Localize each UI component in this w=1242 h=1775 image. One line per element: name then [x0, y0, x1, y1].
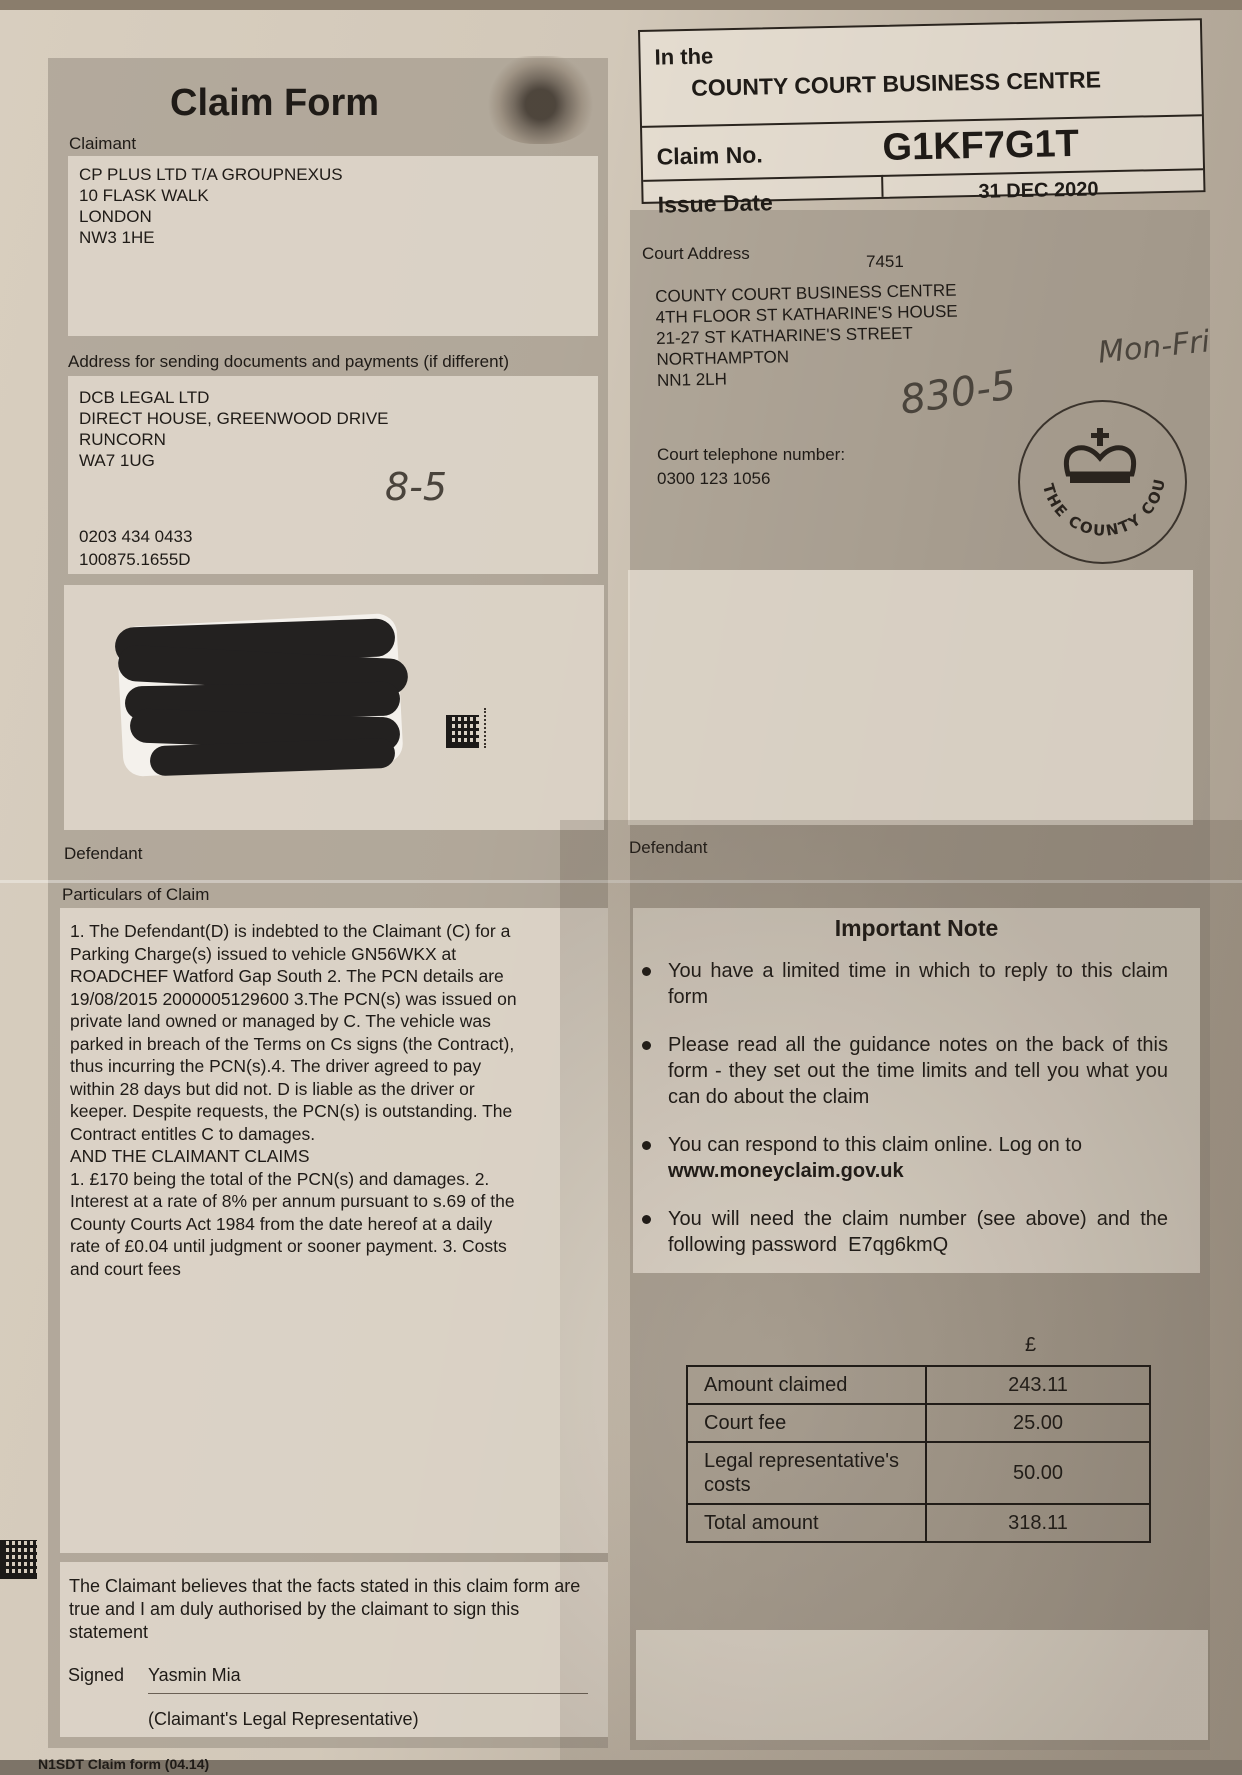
- service-address-label: Address for sending documents and paymen…: [68, 351, 509, 372]
- service-phone: 0203 434 0433: [79, 526, 192, 547]
- claimant-label: Claimant: [69, 133, 136, 154]
- table-row: Total amount 318.11: [687, 1504, 1150, 1542]
- service-address-line: RUNCORN: [79, 429, 389, 450]
- amount-label: Total amount: [687, 1504, 926, 1542]
- court-telephone: 0300 123 1056: [657, 468, 770, 489]
- moneyclaim-website-link[interactable]: www.moneyclaim.gov.uk: [668, 1160, 904, 1182]
- amount-value: 243.11: [926, 1366, 1150, 1404]
- claimant-line: CP PLUS LTD T/A GROUPNEXUS: [79, 164, 343, 185]
- county-court-stamp: THE COUNTY COURT: [1018, 400, 1187, 564]
- important-note-list: You have a limited time in which to repl…: [638, 958, 1168, 1280]
- defendant-address-box-right: [628, 570, 1193, 825]
- statement-of-truth-text: The Claimant believes that the facts sta…: [69, 1575, 599, 1644]
- court-address: COUNTY COURT BUSINESS CENTRE 4TH FLOOR S…: [655, 280, 959, 391]
- claimant-line: LONDON: [79, 206, 343, 227]
- signature-line: [148, 1693, 588, 1694]
- court-address-label: Court Address: [642, 243, 750, 264]
- royal-coat-of-arms-icon: [483, 56, 598, 144]
- amounts-table: Amount claimed 243.11 Court fee 25.00 Le…: [686, 1365, 1151, 1543]
- currency-symbol: £: [1025, 1334, 1036, 1357]
- important-note-item: You will need the claim number (see abov…: [638, 1206, 1168, 1258]
- in-the-label: In the: [654, 44, 713, 68]
- amount-value: 50.00: [926, 1442, 1150, 1504]
- claimant-line: NW3 1HE: [79, 227, 343, 248]
- amount-label: Amount claimed: [687, 1366, 926, 1404]
- court-telephone-label: Court telephone number:: [657, 444, 845, 465]
- court-name: COUNTY COURT BUSINESS CENTRE: [691, 66, 1101, 102]
- particulars-text: 1. The Defendant(D) is indebted to the C…: [70, 920, 520, 1280]
- table-row: Legal representative's costs 50.00: [687, 1442, 1150, 1504]
- particulars-heading-2: AND THE CLAIMANT CLAIMS: [70, 1145, 520, 1168]
- signatory-role: (Claimant's Legal Representative): [148, 1709, 419, 1730]
- signed-label: Signed: [68, 1665, 124, 1686]
- particulars-paragraph-2: 1. £170 being the total of the PCN(s) an…: [70, 1168, 520, 1281]
- paper-top-edge: [0, 0, 1242, 10]
- signature-box-right: [636, 1630, 1208, 1740]
- crown-icon: THE COUNTY COURT: [1020, 402, 1185, 562]
- margin-barcode-icon: [0, 1540, 37, 1579]
- claim-form-paper: Claim Form In the COUNTY COURT BUSINESS …: [0, 0, 1242, 1760]
- claim-no-label: Claim No.: [656, 141, 763, 170]
- stamp-text: THE COUNTY COURT: [1020, 402, 1169, 540]
- table-row: Amount claimed 243.11: [687, 1366, 1150, 1404]
- defendant-label-right: Defendant: [629, 837, 707, 858]
- service-address: DCB LEGAL LTD DIRECT HOUSE, GREENWOOD DR…: [79, 387, 389, 471]
- amount-label: Legal representative's costs: [687, 1442, 926, 1504]
- form-title: Claim Form: [170, 82, 379, 125]
- amount-value: 318.11: [926, 1504, 1150, 1542]
- particulars-paragraph-1: 1. The Defendant(D) is indebted to the C…: [70, 920, 520, 1145]
- court-header-box: In the COUNTY COURT BUSINESS CENTRE Clai…: [638, 18, 1206, 204]
- claimant-address: CP PLUS LTD T/A GROUPNEXUS 10 FLASK WALK…: [79, 164, 343, 248]
- court-address-code: 7451: [866, 251, 904, 272]
- particulars-label: Particulars of Claim: [62, 884, 209, 905]
- service-address-line: DCB LEGAL LTD: [79, 387, 389, 408]
- amount-label: Court fee: [687, 1404, 926, 1442]
- important-note-item: You can respond to this claim online. Lo…: [638, 1132, 1168, 1184]
- handwritten-note-hours: 8-5: [385, 465, 447, 509]
- form-code: N1SDT Claim form (04.14): [38, 1756, 209, 1772]
- online-password: E7qg6kmQ: [848, 1234, 948, 1256]
- amount-value: 25.00: [926, 1404, 1150, 1442]
- service-address-line: WA7 1UG: [79, 450, 389, 471]
- claim-number: G1KF7G1T: [882, 123, 1079, 170]
- defendant-label-left: Defendant: [64, 843, 142, 864]
- issue-date-label: Issue Date: [657, 189, 773, 218]
- claimant-line: 10 FLASK WALK: [79, 185, 343, 206]
- important-note-item: Please read all the guidance notes on th…: [638, 1032, 1168, 1110]
- important-note-title: Important Note: [633, 915, 1200, 942]
- important-note-item: You have a limited time in which to repl…: [638, 958, 1168, 1010]
- service-reference: 100875.1655D: [79, 549, 191, 570]
- signatory-name: Yasmin Mia: [148, 1665, 241, 1686]
- paper-fold: [0, 880, 1242, 883]
- issue-date: 31 DEC 2020: [978, 178, 1099, 204]
- svg-text:THE COUNTY COURT: THE COUNTY COURT: [1020, 402, 1169, 540]
- datamatrix-barcode-icon: [446, 715, 479, 748]
- service-address-line: DIRECT HOUSE, GREENWOOD DRIVE: [79, 408, 389, 429]
- table-row: Court fee 25.00: [687, 1404, 1150, 1442]
- barcode-reference: [484, 708, 490, 748]
